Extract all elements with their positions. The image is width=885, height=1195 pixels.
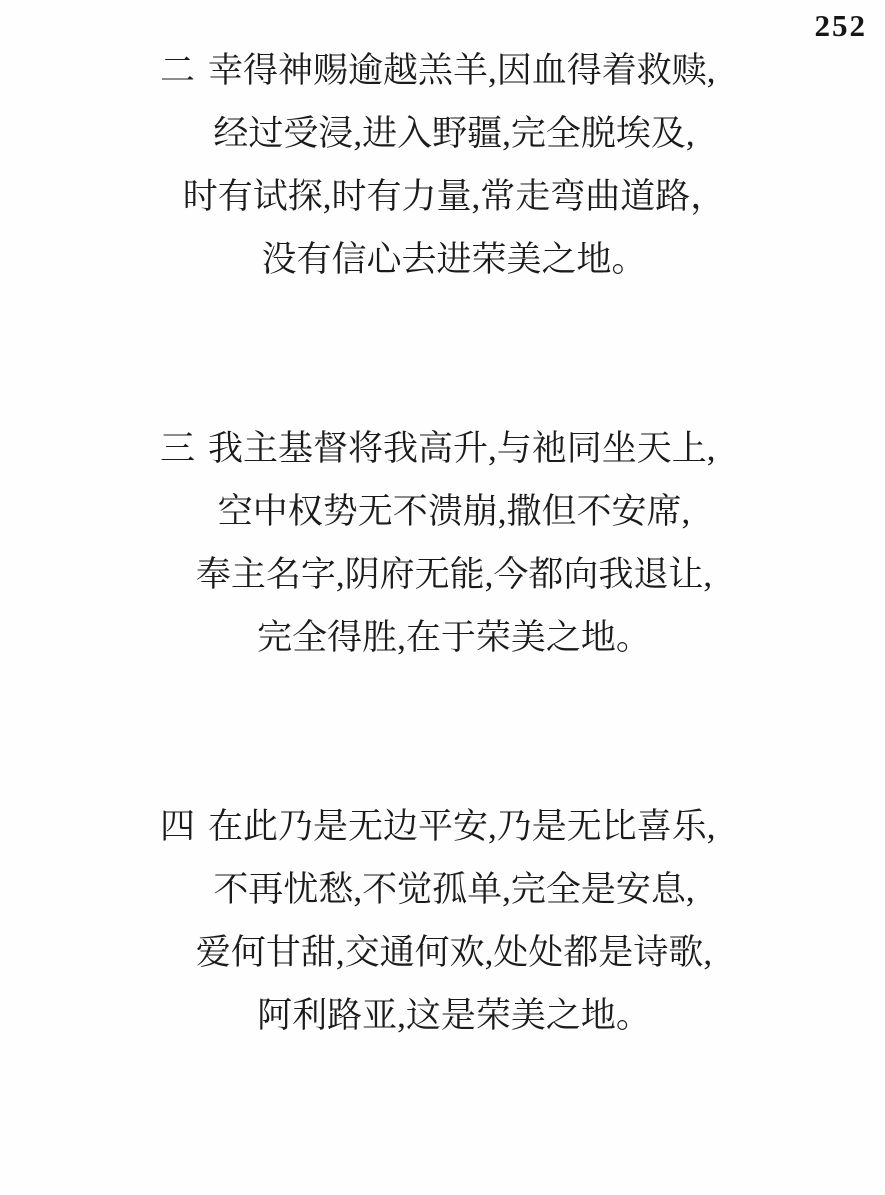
verse-number: 三: [160, 417, 208, 480]
stanza-2: 二 幸得神赐逾越羔羊,因血得着救赎, 经过受浸,进入野疆,完全脱埃及, 时有试探…: [160, 39, 748, 291]
hymn-line: 完全得胜,在于荣美之地。: [160, 606, 748, 669]
stanza-4: 四 在此乃是无边平安,乃是无比喜乐, 不再忧愁,不觉孤单,完全是安息, 爱何甘甜…: [160, 795, 748, 1047]
verse-number: 二: [160, 39, 208, 102]
page-number: 252: [815, 8, 868, 44]
hymn-line: 经过受浸,进入野疆,完全脱埃及,: [160, 102, 748, 165]
stanza-3: 三 我主基督将我高升,与祂同坐天上, 空中权势无不溃崩,撒但不安席, 奉主名字,…: [160, 417, 748, 669]
hymn-line: 空中权势无不溃崩,撒但不安席,: [160, 480, 748, 543]
hymn-line: 没有信心去进荣美之地。: [160, 228, 748, 291]
hymn-line: 三 我主基督将我高升,与祂同坐天上,: [160, 417, 748, 480]
hymn-line: 时有试探,时有力量,常走弯曲道路，: [160, 165, 748, 228]
hymn-line-text: 幸得神赐逾越羔羊,因血得着救赎,: [208, 39, 716, 102]
hymn-line: 不再忧愁,不觉孤单,完全是安息,: [160, 858, 748, 921]
hymn-content: 二 幸得神赐逾越羔羊,因血得着救赎, 经过受浸,进入野疆,完全脱埃及, 时有试探…: [160, 39, 748, 1047]
hymn-line-text: 我主基督将我高升,与祂同坐天上,: [208, 417, 716, 480]
verse-number: 四: [160, 795, 208, 858]
hymn-line: 四 在此乃是无边平安,乃是无比喜乐,: [160, 795, 748, 858]
hymn-line: 奉主名字,阴府无能,今都向我退让,: [160, 543, 748, 606]
hymn-line: 二 幸得神赐逾越羔羊,因血得着救赎,: [160, 39, 748, 102]
hymn-line: 爱何甘甜,交通何欢,处处都是诗歌,: [160, 921, 748, 984]
hymn-line-text: 在此乃是无边平安,乃是无比喜乐,: [208, 795, 716, 858]
hymn-page: 252 二 幸得神赐逾越羔羊,因血得着救赎, 经过受浸,进入野疆,完全脱埃及, …: [0, 0, 885, 1195]
hymn-line: 阿利路亚,这是荣美之地。: [160, 984, 748, 1047]
